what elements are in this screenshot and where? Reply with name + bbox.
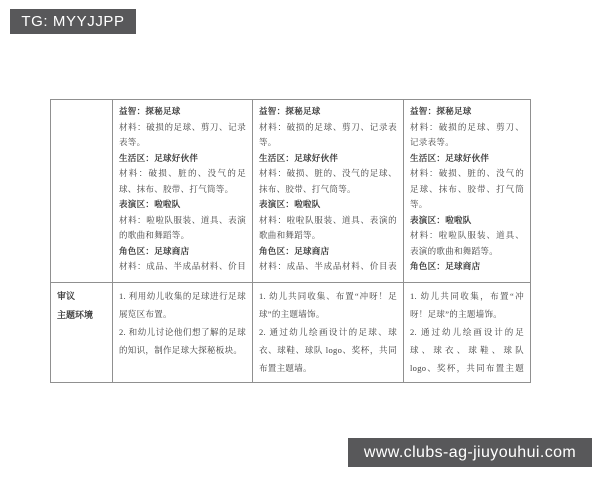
table-cell: 益智：探秘足球材料：破损的足球、剪刀、记录表等。生活区：足球好伙伴材料：破损、脏…: [113, 100, 253, 283]
area-heading: 表演区：啦啦队: [410, 213, 524, 229]
empty-label-cell: [57, 104, 106, 272]
cell-text: 材料：啦啦队服装、道具、表演的歌曲和舞蹈等。: [259, 213, 397, 244]
cell-text: 2. 通过幼儿绘画设计的足球、球衣、球鞋、球队 logo、奖杯，共同布置主题墙。: [410, 323, 524, 373]
area-heading: 角色区：足球商店: [259, 244, 397, 260]
cell-text: 材料：成品、半成品材料、价目表等。: [119, 259, 246, 272]
area-heading: 益智：探秘足球: [259, 104, 397, 120]
cell-text: 材料：破损的足球、剪刀、记录表等。: [259, 120, 397, 151]
row-label: 审议: [57, 287, 106, 306]
watermark-tag-badge: TG: MYYJJPP: [10, 9, 136, 34]
area-heading: 益智：探秘足球: [119, 104, 246, 120]
curriculum-table: 益智：探秘足球材料：破损的足球、剪刀、记录表等。生活区：足球好伙伴材料：破损、脏…: [50, 99, 531, 383]
table-cell: 1. 利用幼儿收集的足球进行足球展览区布置。2. 和幼儿讨论他们想了解的足球的知…: [113, 283, 253, 383]
row-label: 主题环境: [57, 306, 106, 325]
area-heading: 角色区：足球商店: [410, 259, 524, 272]
cell-text: 材料：破损的足球、剪刀、记录表等。: [410, 120, 524, 151]
cell-text: 材料：成品、半成品材料、价目表等。: [259, 259, 397, 272]
cell-text: 材料：破损的足球、剪刀、记录表等。: [119, 120, 246, 151]
area-heading: 角色区：足球商店: [119, 244, 246, 260]
area-heading: 生活区：足球好伙伴: [259, 151, 397, 167]
row-label-cell: 审议 主题环境: [51, 283, 113, 383]
cell-text: 1. 利用幼儿收集的足球进行足球展览区布置。: [119, 287, 246, 323]
table-cell: 益智：探秘足球材料：破损的足球、剪刀、记录表等。生活区：足球好伙伴材料：破损、脏…: [253, 100, 404, 283]
cell-text: 2. 和幼儿讨论他们想了解的足球的知识，制作足球大探秘板块。: [119, 323, 246, 359]
cell-text: 1. 幼儿共同收集，布置“冲呀！足球”的主题墙饰。: [410, 287, 524, 323]
table-cell: 1. 幼儿共同收集、布置“冲呀！足球”的主题墙饰。2. 通过幼儿绘画设计的足球、…: [253, 283, 404, 383]
cell-text: 1. 幼儿共同收集、布置“冲呀！足球”的主题墙饰。: [259, 287, 397, 323]
cell-text: 材料：破损、脏的、没气的足球、抹布、胶带、打气筒等。: [259, 166, 397, 197]
cell-text: 材料：破损、脏的、没气的足球、抹布、胶带、打气筒等。: [119, 166, 246, 197]
watermark-url-badge: www.clubs-ag-jiuyouhui.com: [348, 438, 592, 467]
table-row: 益智：探秘足球材料：破损的足球、剪刀、记录表等。生活区：足球好伙伴材料：破损、脏…: [51, 100, 531, 283]
cell-text: 材料：破损、脏的、没气的足球、抹布、胶带、打气筒等。: [410, 166, 524, 213]
table-cell: 1. 幼儿共同收集，布置“冲呀！足球”的主题墙饰。2. 通过幼儿绘画设计的足球、…: [404, 283, 531, 383]
table-row: 审议 主题环境 1. 利用幼儿收集的足球进行足球展览区布置。2. 和幼儿讨论他们…: [51, 283, 531, 383]
table-cell: 益智：探秘足球材料：破损的足球、剪刀、记录表等。生活区：足球好伙伴材料：破损、脏…: [404, 100, 531, 283]
row-label-cell: [51, 100, 113, 283]
cell-text: 2. 通过幼儿绘画设计的足球、球衣、球鞋、球队 logo、奖杯，共同布置主题墙。: [259, 323, 397, 373]
area-heading: 生活区：足球好伙伴: [119, 151, 246, 167]
cell-text: 材料：啦啦队服装、道具、表演的歌曲和舞蹈等。: [119, 213, 246, 244]
area-heading: 表演区：啦啦队: [259, 197, 397, 213]
area-heading: 益智：探秘足球: [410, 104, 524, 120]
cell-text: 材料：啦啦队服装、道具、表演的歌曲和舞蹈等。: [410, 228, 524, 259]
area-heading: 生活区：足球好伙伴: [410, 151, 524, 167]
area-heading: 表演区：啦啦队: [119, 197, 246, 213]
